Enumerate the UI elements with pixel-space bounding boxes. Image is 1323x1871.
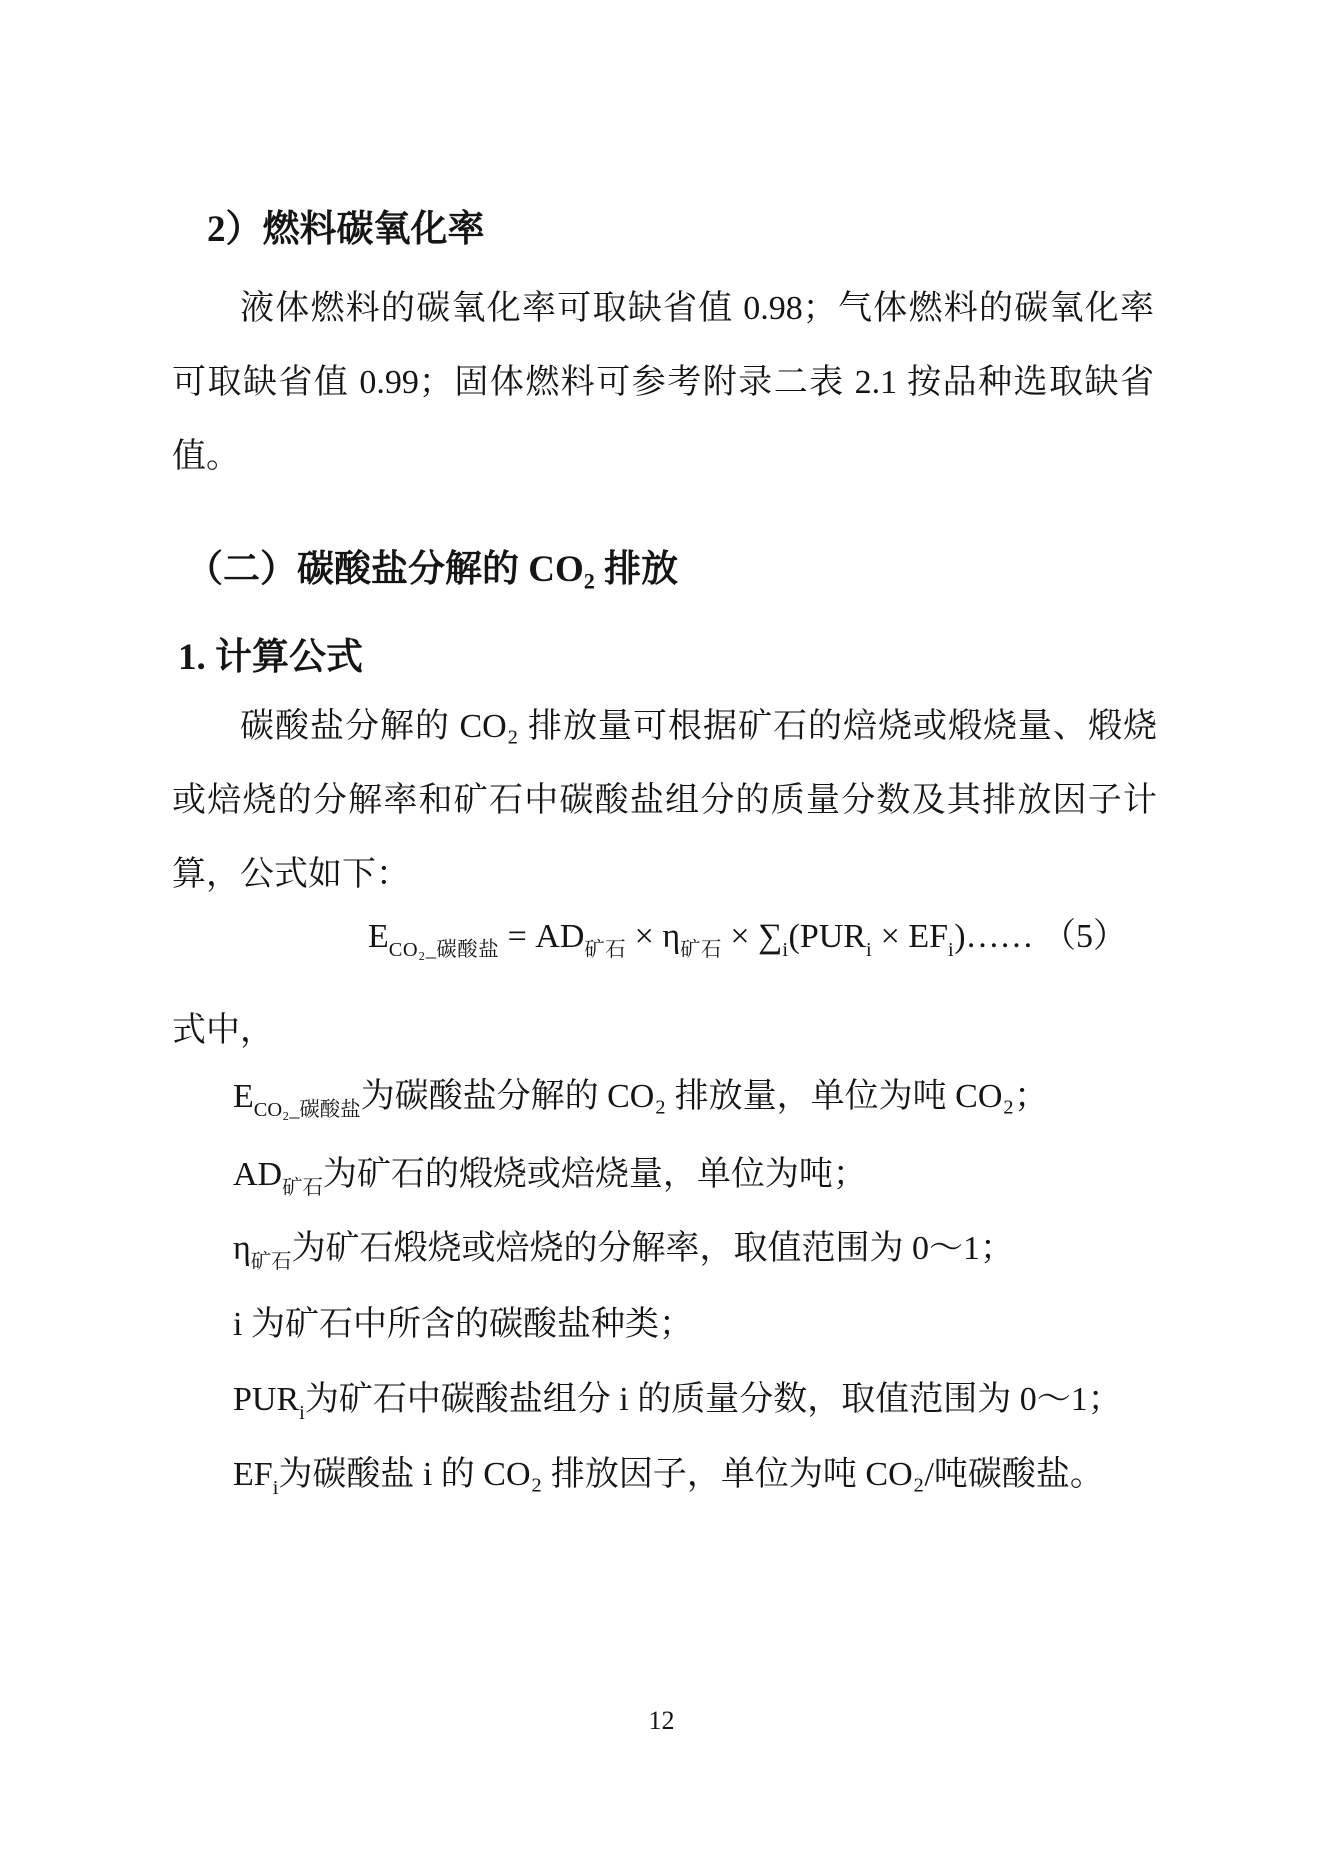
definition-term-subscript: 矿石 [251, 1251, 292, 1273]
definition-eta-ore: η矿石为矿石煅烧或焙烧的分解率，取值范围为 0～1； [233, 1220, 1014, 1274]
definition-term-subscript: CO₂_碳酸盐 [254, 1099, 361, 1121]
formula-number-label: （5） [1034, 918, 1128, 955]
definition-e-co2-carbonate: ECO₂_碳酸盐为碳酸盐分解的 CO₂ 排放量，单位为吨 CO₂； [233, 1068, 1048, 1122]
heading-fuel-carbon-oxidation-rate: 2）燃料碳氧化率 [207, 198, 485, 252]
formula-eta-subscript: 矿石 [680, 939, 722, 961]
paragraph-carbonate-intro: 碳酸盐分解的 CO₂ 排放量可根据矿石的焙烧或煅烧量、煅烧或焙烧的分解率和矿石中… [172, 690, 1157, 912]
formula-ad-subscript: 矿石 [584, 939, 626, 961]
formula-equals-ad: = AD [499, 918, 584, 955]
definition-term-subscript: 矿石 [282, 1177, 323, 1199]
definition-i-carbonate-type: i 为矿石中所含的碳酸盐种类； [233, 1296, 693, 1350]
paragraph-fuel-oxidation-defaults: 液体燃料的碳氧化率可取缺省值 0.98；气体燃料的碳氧化率可取缺省值 0.99；… [172, 272, 1154, 494]
definition-text: 为碳酸盐分解的 CO₂ 排放量，单位为吨 CO₂； [361, 1078, 1049, 1115]
formula-close-dots: )…… [954, 918, 1033, 955]
definition-term-base: AD [233, 1156, 282, 1193]
formula-lhs-subscript: CO₂_碳酸盐 [389, 939, 499, 961]
formula-times-sum: × ∑ [722, 918, 782, 955]
formula-where-label: 式中， [172, 1002, 274, 1051]
definition-text: 为矿石中所含的碳酸盐种类； [242, 1306, 693, 1343]
document-page: 2）燃料碳氧化率 液体燃料的碳氧化率可取缺省值 0.98；气体燃料的碳氧化率可取… [0, 0, 1323, 1871]
formula-lhs-base: E [368, 918, 389, 955]
definition-term-base: E [233, 1078, 254, 1115]
formula-times-ef: × EF [872, 918, 948, 955]
definition-ef-i: EFi为碳酸盐 i 的 CO₂ 排放因子，单位为吨 CO₂/吨碳酸盐。 [233, 1446, 1104, 1500]
definition-text: 为矿石煅烧或焙烧的分解率，取值范围为 0～1； [292, 1230, 1015, 1267]
definition-text: 为碳酸盐 i 的 CO₂ 排放因子，单位为吨 CO₂/吨碳酸盐。 [278, 1456, 1104, 1493]
formula-open-paren-pur: (PUR [789, 918, 866, 955]
equation-5: ECO₂_碳酸盐 = AD矿石 × η矿石 × ∑i(PURi × EFi)……… [368, 908, 1127, 962]
page-number: 12 [0, 1706, 1323, 1736]
definition-term-base: PUR [233, 1381, 299, 1418]
definition-text: 为矿石的煅烧或焙烧量，单位为吨； [323, 1156, 867, 1193]
formula-times-eta: × η [626, 918, 680, 955]
heading-calculation-formula: 1. 计算公式 [178, 626, 363, 680]
definition-ad-ore: AD矿石为矿石的煅烧或焙烧量，单位为吨； [233, 1146, 867, 1200]
definition-term-base: EF [233, 1456, 273, 1493]
definition-pur-i: PURi为矿石中碳酸盐组分 i 的质量分数，取值范围为 0～1； [233, 1371, 1122, 1425]
heading-section-carbonate-co2-emission: （二）碳酸盐分解的 CO₂ 排放 [186, 538, 678, 592]
definition-term-base: η [233, 1230, 251, 1267]
definition-text: 为矿石中碳酸盐组分 i 的质量分数，取值范围为 0～1； [305, 1381, 1122, 1418]
